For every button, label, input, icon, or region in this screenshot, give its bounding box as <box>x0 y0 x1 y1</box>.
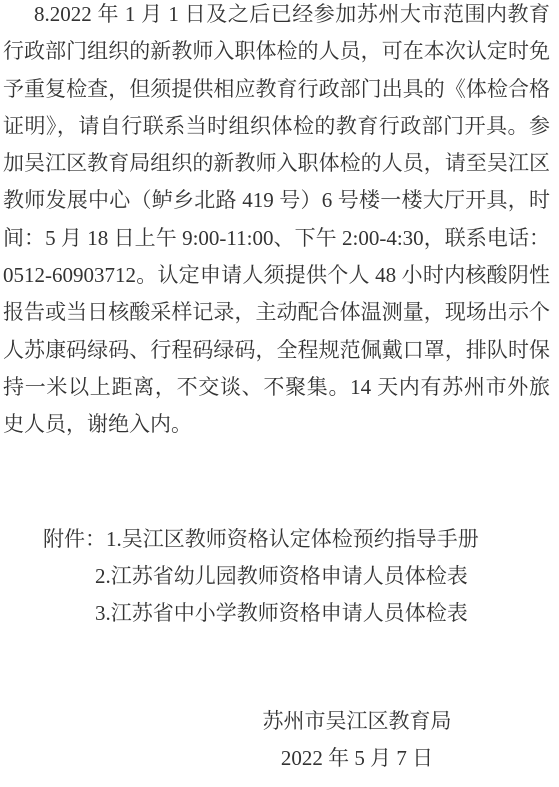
body-line: 史人员，谢绝入内。 <box>3 406 550 443</box>
attachment-item: 2.江苏省幼儿园教师资格申请人员体检表 <box>43 558 559 595</box>
signature-date: 2022 年 5 月 7 日 <box>155 740 559 777</box>
body-line: 8.2022 年 1 月 1 日及之后已经参加苏州大市范围内教育 <box>3 0 550 33</box>
body-line: 行政部门组织的新教师入职体检的人员，可在本次认定时免 <box>3 33 550 70</box>
attachments-label: 附件： <box>43 527 106 551</box>
issuer-name: 苏州市吴江区教育局 <box>155 703 559 740</box>
body-line: 加吴江区教育局组织的新教师入职体检的人员，请至吴江区 <box>3 145 550 182</box>
attachment-row: 附件：1.吴江区教师资格认定体检预约指导手册 <box>43 521 559 558</box>
body-line: 间：5 月 18 日上午 9:00-11:00、下午 2:00-4:30，联系电… <box>3 220 550 257</box>
attachment-item: 3.江苏省中小学教师资格申请人员体检表 <box>43 595 559 632</box>
body-line: 持一米以上距离，不交谈、不聚集。14 天内有苏州市外旅居 <box>3 369 550 406</box>
signature-block: 苏州市吴江区教育局 2022 年 5 月 7 日 <box>155 703 559 777</box>
body-line: 报告或当日核酸采样记录，主动配合体温测量，现场出示个 <box>3 294 550 331</box>
body-paragraph: 8.2022 年 1 月 1 日及之后已经参加苏州大市范围内教育 行政部门组织的… <box>3 0 550 444</box>
body-line: 教师发展中心（鲈乡北路 419 号）6 号楼一楼大厅开具，时 <box>3 182 550 219</box>
attachments-section: 附件：1.吴江区教师资格认定体检预约指导手册 2.江苏省幼儿园教师资格申请人员体… <box>0 521 559 632</box>
body-line: 人苏康码绿码、行程码绿码，全程规范佩戴口罩，排队时保 <box>3 332 550 369</box>
attachment-item: 1.吴江区教师资格认定体检预约指导手册 <box>106 527 479 551</box>
document-page: 8.2022 年 1 月 1 日及之后已经参加苏州大市范围内教育 行政部门组织的… <box>0 0 559 787</box>
body-line: 证明》，请自行联系当时组织体检的教育行政部门开具。参 <box>3 108 550 145</box>
body-line: 0512-60903712。认定申请人须提供个人 48 小时内核酸阴性 <box>3 257 550 294</box>
body-line: 予重复检查，但须提供相应教育行政部门出具的《体检合格 <box>3 71 550 108</box>
